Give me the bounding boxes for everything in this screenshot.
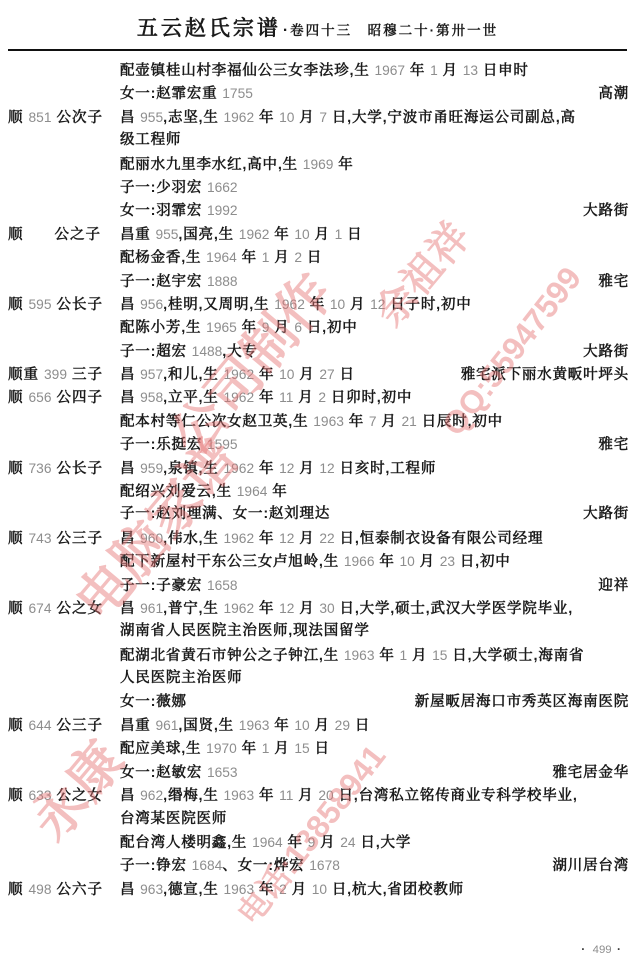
- residence-label: 雅宅: [592, 271, 629, 294]
- line-text: 配绍兴刘爱云,生 1964 年: [120, 480, 288, 504]
- line-text: 女一:赵霏宏重 1755: [120, 82, 253, 106]
- line-text: 配丽水九里李水红,高中,生 1969 年: [120, 153, 354, 177]
- genealogy-line: 顺 633 公之女昌 962,缗梅,生 1963 年 11 月 20 日,台湾私…: [8, 784, 629, 807]
- genealogy-line: 顺 498 公六子昌 963,德宣,生 1963 年 2 月 10 日,杭大,省…: [8, 878, 629, 901]
- genealogy-line: 顺 851 公次子昌 955,志坚,生 1962 年 10 月 7 日,大学,宁…: [8, 106, 629, 129]
- genealogy-line: 配本村等仁公次女赵卫英,生 1963 年 7 月 21 日辰时,初中: [8, 410, 629, 433]
- line-text: 子一:超宏 1488,大专: [120, 340, 258, 364]
- genealogy-line: 顺 644 公三子昌重 961,国贤,生 1963 年 10 月 29 日: [8, 714, 629, 737]
- generation-label: 顺重 399 三子: [8, 363, 120, 387]
- line-text: 昌 959,泉镇,生 1962 年 12 月 12 日亥时,工程师: [120, 457, 436, 481]
- residence-label: 迎祥: [592, 575, 629, 598]
- line-text: 配应美球,生 1970 年 1 月 15 日: [120, 737, 330, 761]
- genealogy-line: 配陈小芳,生 1965 年 9 月 6 日,初中: [8, 316, 629, 339]
- genealogy-line: 子一:少羽宏 1662: [8, 176, 629, 199]
- genealogy-line: 配杨金香,生 1964 年 1 月 2 日: [8, 246, 629, 269]
- residence-label: 雅宅: [592, 434, 629, 457]
- generation-label: 顺 595 公长子: [8, 293, 120, 317]
- genealogy-line: 配壶镇桂山村李福仙公三女李法珍,生 1967 年 1 月 13 日申时: [8, 59, 629, 82]
- genealogy-line: 子一:乐挺宏 1595雅宅: [8, 433, 629, 456]
- line-text: 配下新屋村干东公三女卢旭岭,生 1966 年 10 月 23 日,初中: [120, 550, 511, 574]
- volume-subtitle: 卷四十三 昭穆二十·第卅一世: [290, 23, 498, 38]
- genealogy-line: 配绍兴刘爱云,生 1964 年: [8, 480, 629, 503]
- line-text: 配杨金香,生 1964 年 1 月 2 日: [120, 246, 322, 270]
- line-text: 昌重 955,国亮,生 1962 年 10 月 1 日: [120, 223, 362, 247]
- genealogy-line: 配台湾人楼明鑫,生 1964 年 9 月 24 日,大学: [8, 831, 629, 854]
- generation-label: 顺 851 公次子: [8, 106, 120, 130]
- generation-label: 顺 656 公四子: [8, 386, 120, 410]
- line-text: 子一:赵刘理满、女一:赵刘理达: [120, 503, 330, 526]
- genealogy-line: 顺 674 公之女昌 961,普宁,生 1962 年 12 月 30 日,大学,…: [8, 597, 629, 620]
- generation-label: 顺 633 公之女: [8, 784, 120, 808]
- line-text: 配陈小芳,生 1965 年 9 月 6 日,初中: [120, 316, 358, 340]
- genealogy-line: 顺 656 公四子昌 958,立平,生 1962 年 11 月 2 日卯时,初中: [8, 386, 629, 409]
- residence-label: 大路街: [577, 200, 629, 223]
- line-text: 昌 956,桂明,又周明,生 1962 年 10 月 12 日子时,初中: [120, 293, 472, 317]
- residence-label: 湖川居台湾: [547, 855, 630, 878]
- line-text: 昌 957,和儿,生 1962 年 10 月 27 日: [120, 363, 355, 387]
- line-text: 人民医院主治医师: [120, 667, 242, 690]
- line-text: 昌 962,缗梅,生 1963 年 11 月 20 日,台湾私立铭传商业专科学校…: [120, 784, 578, 808]
- genealogy-line: 台湾某医院医师: [8, 808, 629, 831]
- genealogy-line: 顺 公之子昌重 955,国亮,生 1962 年 10 月 1 日: [8, 223, 629, 246]
- line-text: 女一:赵敏宏 1653: [120, 761, 238, 785]
- line-text: 昌 958,立平,生 1962 年 11 月 2 日卯时,初中: [120, 386, 412, 410]
- residence-label: 大路街: [577, 341, 629, 364]
- genealogy-line: 配应美球,生 1970 年 1 月 15 日: [8, 737, 629, 760]
- line-text: 台湾某医院医师: [120, 808, 227, 831]
- line-text: 湖南省人民医院主治医师,现法国留学: [120, 620, 370, 643]
- genealogy-line: 子一:赵宇宏 1888雅宅: [8, 270, 629, 293]
- line-text: 子一:子豪宏 1658: [120, 574, 238, 598]
- book-title: 五云赵氏宗谱: [137, 17, 281, 40]
- genealogy-line: 人民医院主治医师: [8, 667, 629, 690]
- line-text: 昌重 961,国贤,生 1963 年 10 月 29 日: [120, 714, 370, 738]
- line-text: 昌 961,普宁,生 1962 年 12 月 30 日,大学,硕士,武汉大学医学…: [120, 597, 573, 621]
- line-text: 子一:赵宇宏 1888: [120, 270, 238, 294]
- genealogy-line: 配下新屋村干东公三女卢旭岭,生 1966 年 10 月 23 日,初中: [8, 550, 629, 573]
- genealogy-page: 五云赵氏宗谱·卷四十三 昭穆二十·第卅一世 配壶镇桂山村李福仙公三女李法珍,生 …: [0, 0, 635, 968]
- line-text: 子一:乐挺宏 1595: [120, 433, 238, 457]
- line-text: 配本村等仁公次女赵卫英,生 1963 年 7 月 21 日辰时,初中: [120, 410, 503, 434]
- line-text: 昌 960,伟水,生 1962 年 12 月 22 日,恒泰制衣设备有限公司经理: [120, 527, 543, 551]
- genealogy-line: 顺 736 公长子昌 959,泉镇,生 1962 年 12 月 12 日亥时,工…: [8, 457, 629, 480]
- genealogy-line: 顺重 399 三子昌 957,和儿,生 1962 年 10 月 27 日雅宅派下…: [8, 363, 629, 386]
- line-text: 女一:薇娜: [120, 691, 187, 714]
- residence-label: 雅宅派下丽水黄畈叶坪头: [455, 364, 629, 387]
- residence-label: 大路街: [577, 503, 629, 526]
- genealogy-line: 女一:薇娜新屋畈居海口市秀英区海南医院: [8, 691, 629, 714]
- page-number: · 499 ·: [581, 942, 623, 956]
- generation-label: 顺 743 公三子: [8, 527, 120, 551]
- genealogy-line: 女一:赵敏宏 1653雅宅居金华: [8, 761, 629, 784]
- title-separator: ·: [281, 22, 290, 39]
- residence-label: 雅宅居金华: [547, 762, 630, 785]
- line-text: 子一:少羽宏 1662: [120, 176, 238, 200]
- genealogy-line: 子一:铮宏 1684、女一:烨宏 1678湖川居台湾: [8, 854, 629, 877]
- line-text: 昌 963,德宣,生 1963 年 2 月 10 日,杭大,省团校教师: [120, 878, 464, 902]
- line-text: 子一:铮宏 1684、女一:烨宏 1678: [120, 854, 340, 878]
- genealogy-line: 顺 595 公长子昌 956,桂明,又周明,生 1962 年 10 月 12 日…: [8, 293, 629, 316]
- genealogy-line: 女一:赵霏宏重 1755高潮: [8, 82, 629, 105]
- genealogy-line: 级工程师: [8, 129, 629, 152]
- generation-label: 顺 674 公之女: [8, 597, 120, 621]
- genealogy-line: 子一:超宏 1488,大专大路街: [8, 340, 629, 363]
- generation-label: 顺 644 公三子: [8, 714, 120, 738]
- genealogy-line: 湖南省人民医院主治医师,现法国留学: [8, 620, 629, 643]
- generation-label: 顺 736 公长子: [8, 457, 120, 481]
- genealogy-line: 配丽水九里李水红,高中,生 1969 年: [8, 153, 629, 176]
- page-header: 五云赵氏宗谱·卷四十三 昭穆二十·第卅一世: [0, 0, 635, 42]
- genealogy-line: 配湖北省黄石市钟公之子钟江,生 1963 年 1 月 15 日,大学硕士,海南省: [8, 644, 629, 667]
- residence-label: 新屋畈居海口市秀英区海南医院: [409, 691, 629, 714]
- genealogy-body: 配壶镇桂山村李福仙公三女李法珍,生 1967 年 1 月 13 日申时女一:赵霏…: [0, 51, 635, 901]
- genealogy-line: 女一:羽霏宏 1992大路街: [8, 199, 629, 222]
- genealogy-line: 子一:赵刘理满、女一:赵刘理达大路街: [8, 503, 629, 526]
- genealogy-line: 子一:子豪宏 1658迎祥: [8, 574, 629, 597]
- line-text: 配湖北省黄石市钟公之子钟江,生 1963 年 1 月 15 日,大学硕士,海南省: [120, 644, 584, 668]
- line-text: 级工程师: [120, 129, 181, 152]
- genealogy-line: 顺 743 公三子昌 960,伟水,生 1962 年 12 月 22 日,恒泰制…: [8, 527, 629, 550]
- generation-label: 顺 公之子: [8, 224, 120, 247]
- line-text: 配台湾人楼明鑫,生 1964 年 9 月 24 日,大学: [120, 831, 411, 855]
- generation-label: 顺 498 公六子: [8, 878, 120, 902]
- residence-label: 高潮: [592, 83, 629, 106]
- line-text: 昌 955,志坚,生 1962 年 10 月 7 日,大学,宁波市甬旺海运公司副…: [120, 106, 576, 130]
- line-text: 女一:羽霏宏 1992: [120, 199, 238, 223]
- line-text: 配壶镇桂山村李福仙公三女李法珍,生 1967 年 1 月 13 日申时: [120, 59, 529, 83]
